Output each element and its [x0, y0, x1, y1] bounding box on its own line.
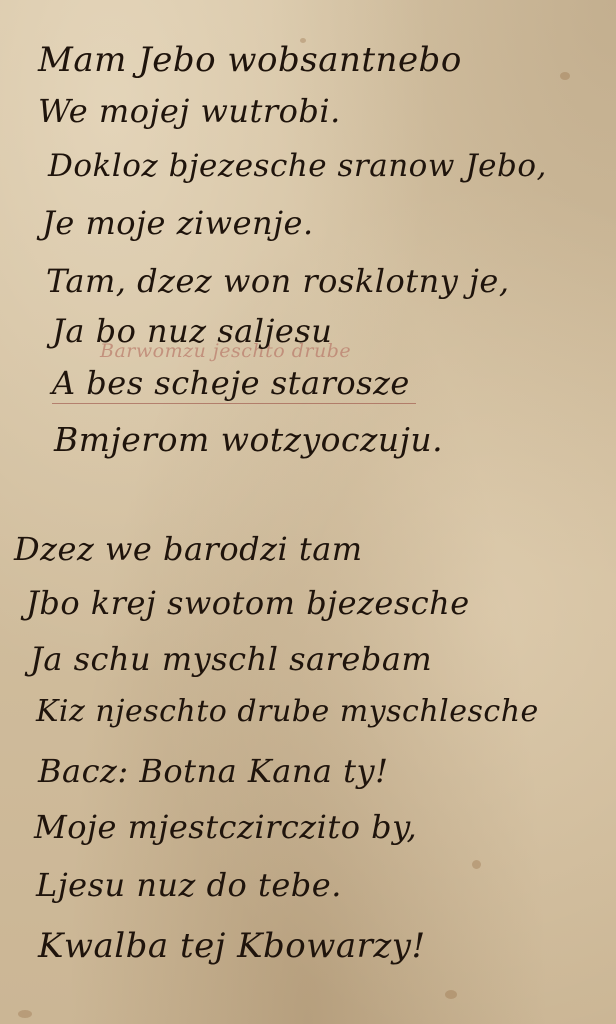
- verse-line: Bacz: Botna Kana ty!: [38, 752, 388, 790]
- verse-line: Ljesu nuz do tebe.: [36, 866, 342, 904]
- verse-line: Mam Jebo wobsantnebo: [38, 40, 462, 80]
- verse-line: Kiz njeschto drube myschlesche: [36, 694, 539, 729]
- red-underline: [52, 403, 416, 404]
- verse-line: Moje mjestczirczito by,: [34, 808, 417, 846]
- verse-line: Bmjerom wotzyoczuju.: [54, 420, 443, 459]
- verse-line: Kwalba tej Kbowarzy!: [38, 926, 426, 966]
- stain: [472, 860, 481, 869]
- verse-line: Je moje ziwenje.: [42, 204, 314, 242]
- verse-line: Jbo krej swotom bjezesche: [26, 584, 470, 622]
- verse-line: Dokloz bjezesche sranow Jebo,: [48, 148, 547, 184]
- verse-line: Tam, dzez won rosklotny je,: [46, 262, 510, 300]
- stain: [445, 990, 457, 999]
- verse-line: Dzez we barodzi tam: [14, 530, 363, 568]
- verse-line: Ja schu myschl sarebam: [30, 640, 432, 678]
- verse-line: We mojej wutrobi.: [38, 92, 341, 130]
- stain: [18, 1010, 32, 1018]
- stain: [560, 72, 570, 80]
- manuscript-page: Barwomzu jeschto drube Mam Jebo wobsantn…: [0, 0, 616, 1024]
- verse-line: Ja bo nuz saljesu: [52, 312, 332, 350]
- verse-line: A bes scheje starosze: [52, 364, 410, 402]
